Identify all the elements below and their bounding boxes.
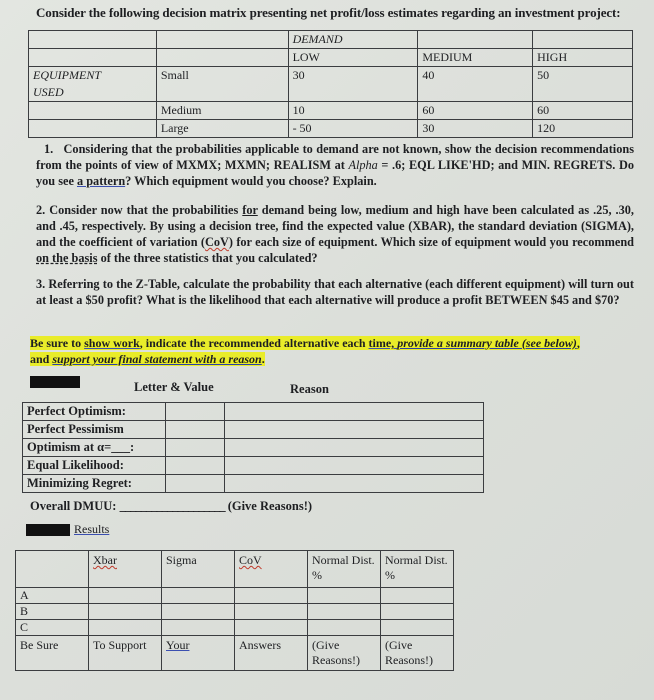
footer-cell: To Support bbox=[89, 636, 162, 671]
header-cov: CoV bbox=[235, 551, 308, 588]
cell: 50 bbox=[533, 67, 633, 102]
row-label-large: Large bbox=[156, 120, 288, 138]
question-3: 3. Referring to the Z-Table, calculate t… bbox=[36, 276, 634, 308]
cell: 30 bbox=[288, 67, 418, 102]
cell: 120 bbox=[533, 120, 633, 138]
cell: 40 bbox=[418, 67, 533, 102]
header-sigma: Sigma bbox=[162, 551, 235, 588]
cell: - 50 bbox=[288, 120, 418, 138]
cell: 10 bbox=[288, 102, 418, 120]
row-label-medium: Medium bbox=[156, 102, 288, 120]
summary-table: Perfect Optimism: Perfect Pessimism Opti… bbox=[22, 402, 484, 493]
question-1: 1. Considering that the probabilities ap… bbox=[36, 141, 634, 189]
decision-matrix: DEMAND LOW MEDIUM HIGH EQUIPMENTUSED Sma… bbox=[28, 30, 633, 138]
footer-cell: Your bbox=[162, 636, 235, 671]
demand-label: DEMAND bbox=[288, 31, 418, 49]
row-label-b: B bbox=[16, 604, 89, 620]
row-label-small: Small bbox=[156, 67, 288, 102]
equipment-label: EQUIPMENTUSED bbox=[29, 67, 157, 102]
document-page: Consider the following decision matrix p… bbox=[0, 0, 654, 700]
cell: 60 bbox=[533, 102, 633, 120]
summary-row-label: Minimizing Regret: bbox=[23, 475, 166, 493]
footer-cell: Be Sure bbox=[16, 636, 89, 671]
redacted-block bbox=[30, 376, 80, 388]
row-label-a: A bbox=[16, 588, 89, 604]
footer-cell: (Give Reasons!) bbox=[381, 636, 454, 671]
page-title: Consider the following decision matrix p… bbox=[36, 5, 621, 21]
summary-row-label: Perfect Optimism: bbox=[23, 403, 166, 421]
results-table: Xbar Sigma CoV Normal Dist. % Normal Dis… bbox=[15, 550, 454, 671]
col-high: HIGH bbox=[533, 49, 633, 67]
cell: 30 bbox=[418, 120, 533, 138]
header-letter-value: Letter & Value bbox=[134, 380, 214, 395]
header-reason: Reason bbox=[290, 382, 329, 397]
col-low: LOW bbox=[288, 49, 418, 67]
instructions: Be sure to show work, indicate the recom… bbox=[30, 335, 640, 367]
header-normal-dist-1: Normal Dist. % bbox=[308, 551, 381, 588]
header-normal-dist-2: Normal Dist. % bbox=[381, 551, 454, 588]
col-medium: MEDIUM bbox=[418, 49, 533, 67]
row-label-c: C bbox=[16, 620, 89, 636]
header-xbar: Xbar bbox=[89, 551, 162, 588]
redacted-block bbox=[26, 524, 70, 536]
cell: 60 bbox=[418, 102, 533, 120]
footer-cell: Answers bbox=[235, 636, 308, 671]
summary-row-label: Optimism at α=___: bbox=[23, 439, 166, 457]
summary-row-label: Perfect Pessimism bbox=[23, 421, 166, 439]
results-label: Results bbox=[74, 522, 109, 537]
overall-dmuu: Overall DMUU: ____________________ (Give… bbox=[30, 499, 312, 514]
question-2: 2. Consider now that the probabilities f… bbox=[36, 202, 634, 266]
footer-cell: (Give Reasons!) bbox=[308, 636, 381, 671]
summary-row-label: Equal Likelihood: bbox=[23, 457, 166, 475]
